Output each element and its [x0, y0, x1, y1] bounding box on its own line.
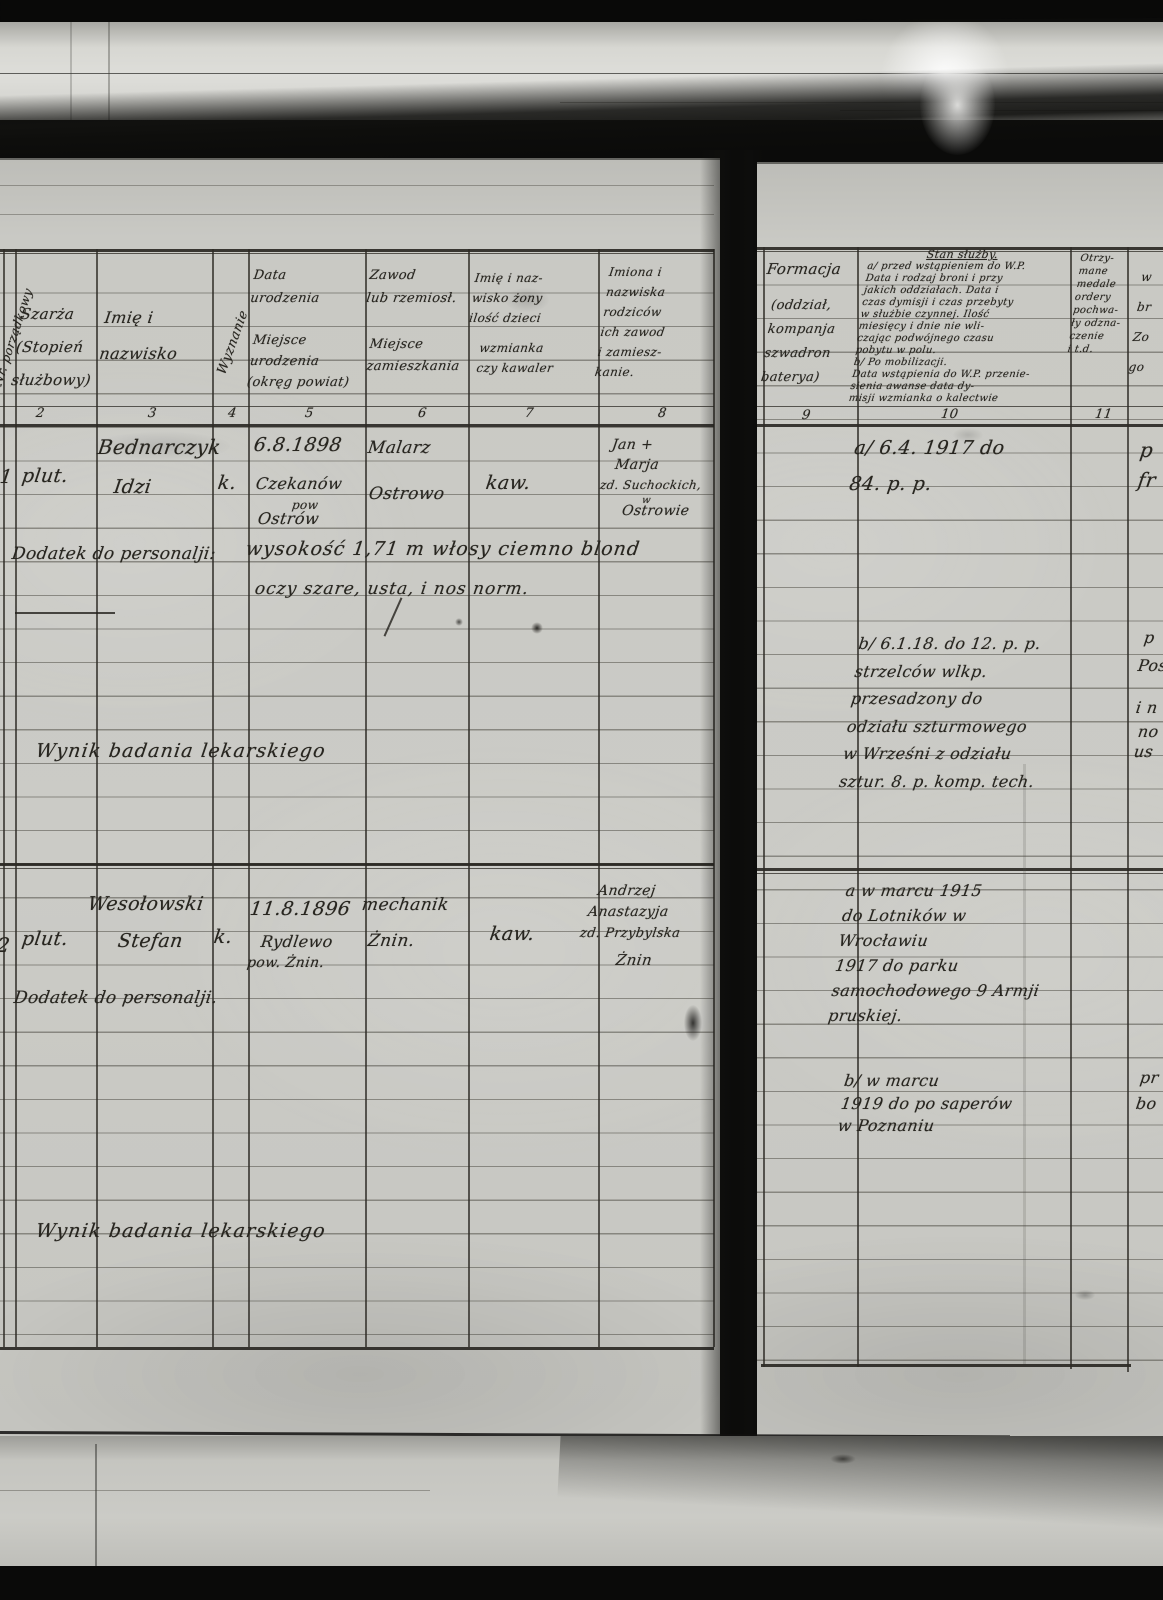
header-bottom-line: [0, 406, 714, 407]
header-col3-name: Imię inazwisko: [97, 300, 185, 372]
header-col9-formation: (oddział,kompanjaszwadronbaterya): [759, 294, 840, 390]
record1-birth-place: Czekanów: [255, 474, 344, 493]
record2-parents: zd. Przybylska: [579, 926, 681, 941]
record1-addendum-label: Dodatek do personalji:: [11, 544, 218, 564]
record1-addendum-line2: oczy szare, usta, i nos norm.: [254, 579, 531, 599]
record1-addendum-line1: wysokość 1,71 m włosy ciemno blond: [244, 538, 641, 560]
column-line: [763, 247, 765, 1367]
header-col10-service-title: Stan służby.: [859, 248, 1066, 261]
table-bottom-line: [0, 1347, 714, 1350]
record2-birth-place: Rydlewo: [260, 932, 334, 951]
column-number-4: 4: [227, 406, 238, 421]
record2-occupation: mechanik: [361, 895, 450, 915]
column-line: [212, 249, 214, 1347]
header-col6-occupation: Zawodlub rzemiosł.: [365, 264, 462, 310]
right-page: Formacja (oddział,kompanjaszwadronbatery…: [757, 162, 1163, 1438]
record1-residence: Ostrowo: [368, 484, 446, 504]
record2-addendum-label: Dodatek do personalji.: [13, 988, 219, 1008]
column-number-11: 11: [1094, 407, 1113, 422]
column-line: [365, 249, 367, 1347]
column-line: [1070, 247, 1072, 1369]
column-number-5: 5: [304, 406, 315, 421]
record2-edge-fragment: bo: [1135, 1094, 1158, 1113]
column-line: [857, 247, 859, 1367]
smudge: [953, 428, 983, 442]
record-separator2: [757, 873, 1163, 874]
smudge: [1075, 1290, 1095, 1300]
numbers-bottom-line: [757, 424, 1163, 427]
column-line: [468, 249, 470, 1347]
ruled-line: [0, 1490, 430, 1491]
underline-stroke: [15, 612, 115, 614]
record1-parents: Marja: [614, 457, 660, 473]
record1-service-before-wp: a/ 6.4. 1917 do84. p. p.: [847, 430, 1007, 502]
record2-religion: k.: [212, 926, 233, 948]
record1-edge-fragment: no: [1137, 722, 1160, 741]
record1-occupation: Malarz: [367, 438, 432, 458]
record-separator2: [0, 868, 714, 869]
column-line: [248, 249, 250, 1347]
table-bottom-line: [761, 1364, 1131, 1367]
record1-religion: k.: [216, 472, 237, 494]
record1-birth-place: Ostrów: [257, 509, 321, 528]
bottom-black-band: [0, 1566, 1163, 1600]
record2-medical-label: Wynik badania lekarskiego: [34, 1220, 327, 1242]
header-col9-formation-title: Formacja: [766, 260, 843, 278]
record1-parents: zd. Suchockich,: [599, 478, 702, 492]
column-number-3: 3: [147, 406, 158, 421]
column-line: [15, 249, 17, 1347]
column-line: [1127, 247, 1129, 1372]
record2-parents: Żnin: [615, 951, 654, 969]
record2-parents: Anastazyja: [587, 904, 670, 920]
header-col10-service-notes: a/ przed wstąpieniem do W.P.Data i rodza…: [848, 261, 1046, 405]
record1-medical-label: Wynik badania lekarskiego: [34, 740, 327, 762]
column-number-2: 2: [35, 406, 46, 421]
record1-edge-fragment: p: [1143, 628, 1156, 647]
page-crease: [1023, 764, 1026, 1364]
sheet-crease: [95, 1444, 97, 1572]
record2-service-before-wp: a w marcu 1915do Lotników wWrocławiu1917…: [826, 878, 1055, 1028]
column-number-6: 6: [417, 406, 428, 421]
record1-edge-fragment: i n: [1135, 698, 1159, 717]
header-col5-birthplace: Miejsceurodzenia(okręg powiat): [246, 330, 357, 393]
column-line: [96, 249, 98, 1347]
record1-surname: Bednarczyk: [96, 435, 222, 459]
record2-service-after-mobilization: b/ w marcu1919 do po saperóww Poznaniu: [836, 1070, 1017, 1138]
record1-edge-fragment: us: [1133, 742, 1155, 761]
record2-given-name: Stefan: [116, 930, 184, 952]
scanned-register-page: Nr. porządkowy Szarża(Stopieńsłużbowy) I…: [0, 0, 1163, 1600]
record-separator: [757, 868, 1163, 871]
record2-birth-place: pow. Żnin.: [246, 955, 326, 971]
smudge: [505, 288, 549, 312]
ruled-line: [0, 185, 714, 186]
sheet-shadow-wedge: [557, 1436, 1163, 1534]
record1-parents: Jan +: [611, 437, 654, 453]
record1-marital-status: kaw.: [484, 472, 532, 494]
table-top-line2: [0, 253, 714, 254]
column-line: [3, 249, 5, 1347]
record2-birth-date: 11.8.1896: [248, 898, 351, 920]
column-number-8: 8: [657, 406, 668, 421]
column-number-7: 7: [524, 406, 535, 421]
column-number-9: 9: [801, 408, 812, 423]
record1-rank: plut.: [20, 465, 69, 487]
bright-gap: [920, 55, 995, 155]
record1-edge-fragment: fr: [1136, 468, 1157, 492]
record1-service-after-mobilization: b/ 6.1.18. do 12. p. p.strzelców wlkp.pr…: [837, 630, 1055, 795]
ink-dot: [531, 622, 543, 634]
record1-parents: Ostrowie: [621, 503, 691, 519]
record2-residence: Żnin.: [367, 931, 416, 951]
table-top-line: [0, 249, 714, 252]
record1-given-name: Idzi: [112, 476, 152, 498]
column-number-10: 10: [940, 407, 959, 422]
record2-surname: Wesołowski: [86, 893, 205, 915]
record1-birth-date: 6.8.1898: [252, 434, 343, 456]
record2-edge-fragment: pr: [1139, 1068, 1160, 1087]
header-col6-residence: Miejscezamieszkania: [365, 334, 464, 378]
header-col7-bachelor: wzmiankaczy kawaler: [475, 338, 557, 378]
left-page: Nr. porządkowy Szarża(Stopieńsłużbowy) I…: [0, 158, 720, 1438]
ruled-line: [0, 214, 714, 215]
column-line: [598, 249, 600, 1347]
header-col5-birthdate: Dataurodzenia: [249, 264, 325, 310]
next-sheet-edge: [0, 1436, 1163, 1572]
record2-parents: Andrzej: [597, 883, 657, 899]
page-gutter-shadow: [700, 150, 764, 1445]
record-separator: [0, 863, 714, 866]
record2-marital-status: kaw.: [488, 923, 536, 945]
header-col2-rank: Szarża(Stopieńsłużbowy): [9, 298, 102, 397]
ink-dot: [455, 618, 463, 626]
numbers-bottom-line: [0, 424, 714, 427]
record2-rank: plut.: [20, 928, 69, 950]
record1-edge-fragment: Pos: [1137, 656, 1163, 675]
